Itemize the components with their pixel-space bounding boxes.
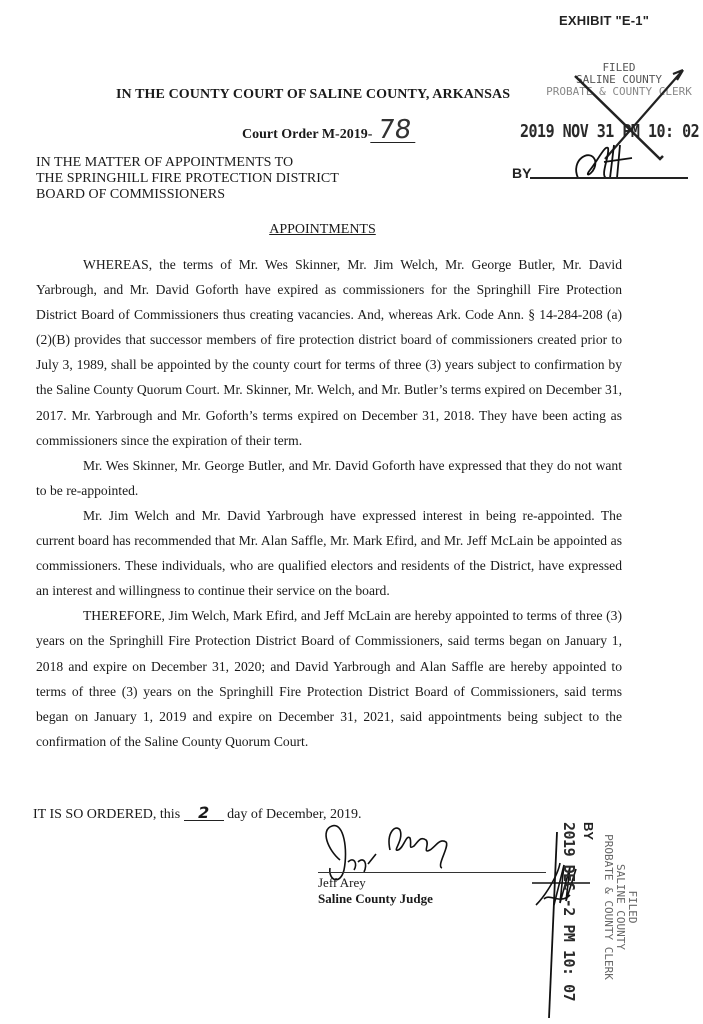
- matter-line-1: IN THE MATTER OF APPOINTMENTS TO: [36, 155, 339, 171]
- paragraph-therefore: THEREFORE, Jim Welch, Mark Efird, and Je…: [36, 603, 622, 754]
- judge-name: Jeff Arey: [318, 875, 366, 891]
- ordered-day: 2: [184, 806, 224, 821]
- court-order-number: 78: [371, 118, 420, 143]
- court-order-prefix: Court Order M-2019-: [242, 127, 372, 142]
- matter-caption: IN THE MATTER OF APPOINTMENTS TO THE SPR…: [36, 155, 339, 203]
- body-text: WHEREAS, the terms of Mr. Wes Skinner, M…: [36, 252, 622, 754]
- stamp2-county-text: SALINE COUNTY: [614, 832, 626, 982]
- court-title: IN THE COUNTY COURT OF SALINE COUNTY, AR…: [116, 87, 510, 103]
- ordered-prefix: IT IS SO ORDERED, this: [33, 807, 180, 822]
- paragraph-recommendation: Mr. Jim Welch and Mr. David Yarbrough ha…: [36, 503, 622, 603]
- filed-stamp-bottom-text: FILED SALINE COUNTY PROBATE & COUNTY CLE…: [602, 832, 638, 982]
- matter-line-2: THE SPRINGHILL FIRE PROTECTION DISTRICT: [36, 171, 339, 187]
- stamp2-clerk-text: PROBATE & COUNTY CLERK: [602, 832, 614, 982]
- judge-title: Saline County Judge: [318, 891, 433, 907]
- filed-stamp-top-by-label: BY: [512, 165, 531, 181]
- court-order-line: Court Order M-2019-78: [242, 118, 417, 143]
- filed-stamp-bottom-by-label: BY: [581, 822, 596, 840]
- paragraph-not-reappointed: Mr. Wes Skinner, Mr. George Butler, and …: [36, 453, 622, 503]
- stamp2-filed-text: FILED: [626, 832, 638, 982]
- so-ordered-line: IT IS SO ORDERED, this 2 day of December…: [33, 806, 362, 823]
- filed-stamp-bottom-date: 2019 DEC -2 PM 10: 07: [560, 822, 578, 1001]
- section-heading: APPOINTMENTS: [0, 222, 645, 238]
- exhibit-label: EXHIBIT "E-1": [559, 13, 649, 28]
- paragraph-whereas: WHEREAS, the terms of Mr. Wes Skinner, M…: [36, 252, 622, 453]
- signature-line: [318, 872, 546, 873]
- heading-text: APPOINTMENTS: [269, 222, 376, 237]
- matter-line-3: BOARD OF COMMISSIONERS: [36, 187, 339, 203]
- filed-stamp-top-by-line: [530, 177, 688, 179]
